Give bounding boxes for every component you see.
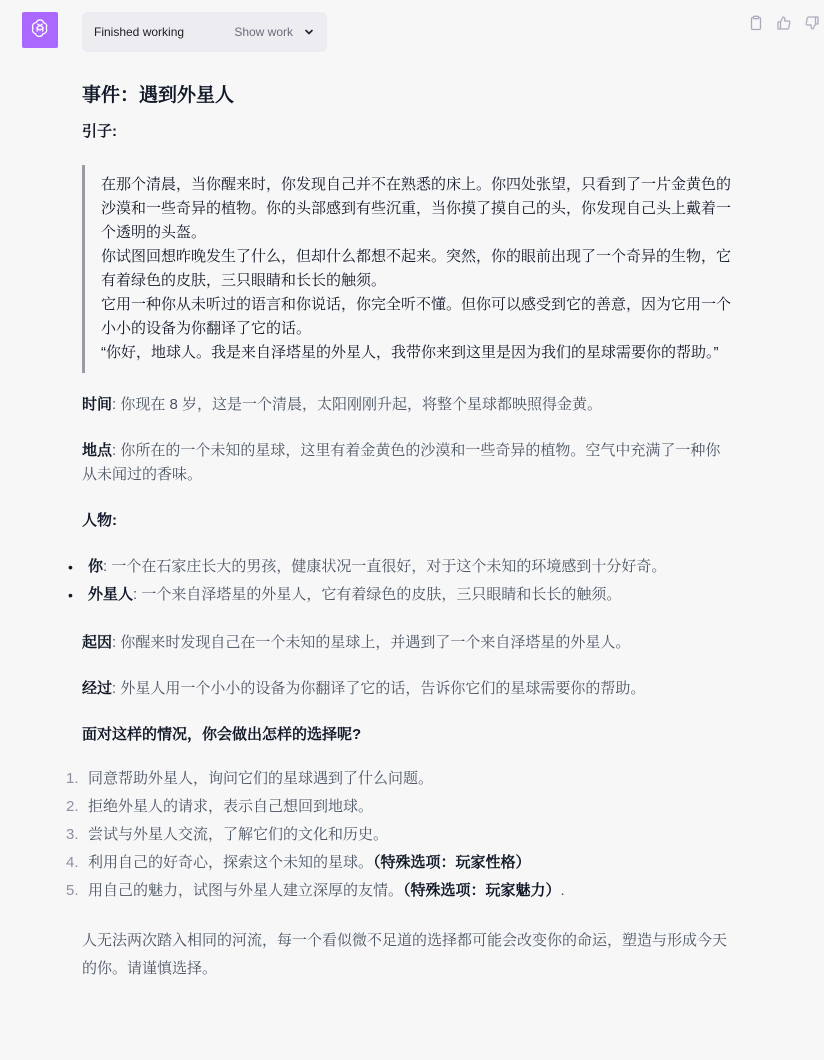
- copy-icon[interactable]: [748, 14, 764, 32]
- characters-list: • 你: 一个在石家庄长大的男孩，健康状况一直很好，对于这个未知的环境感到十分好…: [68, 555, 732, 607]
- quote-line: 在那个清晨，当你醒来时，你发现自己并不在熟悉的床上。你四处张望，只看到了一片金黄…: [101, 173, 732, 245]
- choice-item: 1. 同意帮助外星人，询问它们的星球遇到了什么问题。: [66, 767, 732, 791]
- thumbs-up-icon[interactable]: [776, 14, 792, 32]
- choice-question: 面对这样的情况，你会做出怎样的选择呢?: [82, 723, 732, 747]
- choice-item: 2. 拒绝外星人的请求，表示自己想回到地球。: [66, 795, 732, 819]
- list-item: • 外星人: 一个来自泽塔星的外星人，它有着绿色的皮肤，三只眼睛和长长的触须。: [68, 583, 732, 607]
- event-title: 事件：遇到外星人: [82, 82, 732, 110]
- thumbs-down-icon[interactable]: [804, 14, 820, 32]
- character-desc: : 一个在石家庄长大的男孩，健康状况一直很好，对于这个未知的环境感到十分好奇。: [103, 558, 666, 575]
- choice-item: 3. 尝试与外星人交流，了解它们的文化和历史。: [66, 823, 732, 847]
- characters-label: 人物:: [82, 509, 732, 533]
- choice-number: 1.: [66, 767, 88, 791]
- intro-label: 引子:: [82, 120, 732, 144]
- choice-item: 5. 用自己的魅力，试图与外星人建立深厚的友情。（特殊选项：玩家魅力）.: [66, 879, 732, 903]
- work-status-bar: Finished working Show work: [82, 12, 327, 52]
- choice-text: 拒绝外星人的请求，表示自己想回到地球。: [88, 798, 373, 815]
- choice-number: 2.: [66, 795, 88, 819]
- character-desc: : 一个来自泽塔星的外星人，它有着绿色的皮肤，三只眼睛和长长的触须。: [133, 586, 621, 603]
- quote-line: 你试图回想昨晚发生了什么，但却什么都想不起来。突然，你的眼前出现了一个奇异的生物…: [101, 245, 732, 293]
- list-item: • 你: 一个在石家庄长大的男孩，健康状况一直很好，对于这个未知的环境感到十分好…: [68, 555, 732, 579]
- cause-label: 起因: [82, 634, 112, 651]
- choice-number: 4.: [66, 851, 88, 875]
- choice-number: 3.: [66, 823, 88, 847]
- cause-text: : 你醒来时发现自己在一个未知的星球上，并遇到了一个来自泽塔星的外星人。: [112, 634, 630, 651]
- choice-item: 4. 利用自己的好奇心，探索这个未知的星球。（特殊选项：玩家性格）: [66, 851, 732, 875]
- process-text: : 外星人用一个小小的设备为你翻译了它的话，告诉你它们的星球需要你的帮助。: [112, 680, 645, 697]
- character-name: 你: [88, 558, 103, 575]
- intro-quote: 在那个清晨，当你醒来时，你发现自己并不在熟悉的床上。你四处张望，只看到了一片金黄…: [82, 165, 732, 373]
- quote-line: “你好，地球人。我是来自泽塔星的外星人，我带你来到这里是因为我们的星球需要你的帮…: [101, 341, 732, 365]
- process-label: 经过: [82, 680, 112, 697]
- work-status-label: Finished working: [94, 25, 234, 39]
- quote-line: 它用一种你从未听过的语言和你说话，你完全听不懂。但你可以感受到它的善意，因为它用…: [101, 293, 732, 341]
- chevron-down-icon[interactable]: [303, 26, 315, 38]
- process-paragraph: 经过: 外星人用一个小小的设备为你翻译了它的话，告诉你它们的星球需要你的帮助。: [82, 677, 732, 701]
- place-text: : 你所在的一个未知的星球，这里有着金黄色的沙漠和一些奇异的植物。空气中充满了一…: [82, 442, 720, 483]
- time-paragraph: 时间: 你现在 8 岁，这是一个清晨，太阳刚刚升起，将整个星球都映照得金黄。: [82, 393, 732, 417]
- choice-text: 尝试与外星人交流，了解它们的文化和历史。: [88, 826, 388, 843]
- character-name: 外星人: [88, 586, 133, 603]
- place-paragraph: 地点: 你所在的一个未知的星球，这里有着金黄色的沙漠和一些奇异的植物。空气中充满…: [82, 439, 732, 487]
- choice-text: 用自己的魅力，试图与外星人建立深厚的友情。: [88, 882, 403, 899]
- assistant-message: 事件：遇到外星人 引子: 在那个清晨，当你醒来时，你发现自己并不在熟悉的床上。你…: [82, 82, 732, 983]
- time-label: 时间: [82, 396, 112, 413]
- choice-number: 5.: [66, 879, 88, 903]
- closing-paragraph: 人无法两次踏入相同的河流，每一个看似微不足道的选择都可能会改变你的命运，塑造与形…: [82, 927, 732, 983]
- openai-logo-icon: [29, 17, 51, 44]
- choice-tail: .: [561, 882, 565, 899]
- bullet: •: [68, 555, 73, 579]
- time-text: : 你现在 8 岁，这是一个清晨，太阳刚刚升起，将整个星球都映照得金黄。: [112, 396, 602, 413]
- choice-text: 利用自己的好奇心，探索这个未知的星球。: [88, 854, 373, 871]
- choice-special: （特殊选项：玩家魅力）: [403, 882, 561, 899]
- message-actions: [748, 14, 820, 32]
- choice-text: 同意帮助外星人，询问它们的星球遇到了什么问题。: [88, 770, 433, 787]
- show-work-button[interactable]: Show work: [234, 25, 293, 39]
- choices-list: 1. 同意帮助外星人，询问它们的星球遇到了什么问题。 2. 拒绝外星人的请求，表…: [66, 767, 732, 903]
- place-label: 地点: [82, 442, 112, 459]
- choice-special: （特殊选项：玩家性格）: [373, 854, 531, 871]
- cause-paragraph: 起因: 你醒来时发现自己在一个未知的星球上，并遇到了一个来自泽塔星的外星人。: [82, 631, 732, 655]
- assistant-avatar: [22, 12, 58, 48]
- bullet: •: [68, 583, 73, 607]
